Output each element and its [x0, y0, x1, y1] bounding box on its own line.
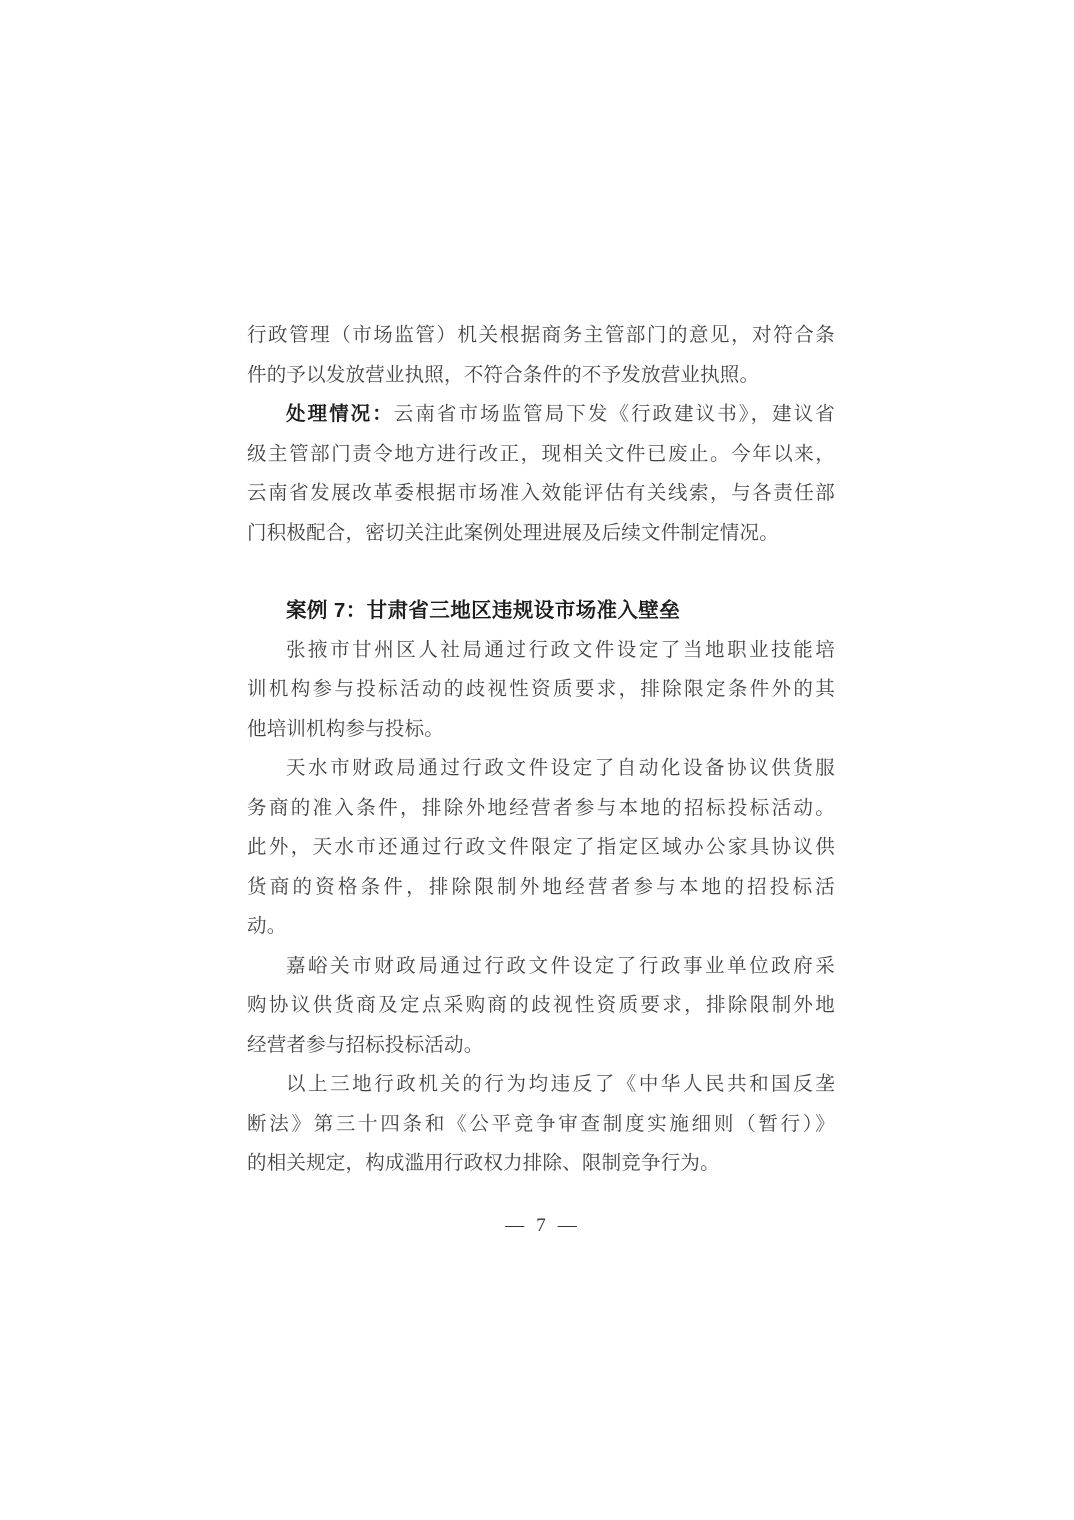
body-line: 嘉峪关市财政局通过行政文件设定了行政事业单位政府采 — [247, 947, 835, 987]
body-line: 货商的资格条件，排除限制外地经营者参与本地的招投标活 — [247, 868, 835, 908]
page-footer: —7— — [247, 1211, 835, 1241]
body-line: 此外，天水市还通过行政文件限定了指定区域办公家具协议供 — [247, 828, 835, 868]
footer-dash-right: — — [558, 1215, 577, 1236]
body-line: 断法》第三十四条和《公平竞争审查制度实施细则（暂行）》 — [247, 1105, 835, 1145]
body-line: 务商的准入条件，排除外地经营者参与本地的招标投标活动。 — [247, 789, 835, 829]
body-line-text: 云南省市场监管局下发《行政建议书》，建议省 — [394, 404, 835, 425]
document-page: 行政管理（市场监管）机关根据商务主管部门的意见，对符合条 件的予以发放营业执照，… — [0, 0, 1074, 1520]
body-line: 行政管理（市场监管）机关根据商务主管部门的意见，对符合条 — [247, 316, 835, 356]
body-line: 件的予以发放营业执照，不符合条件的不予发放营业执照。 — [247, 356, 835, 396]
body-line: 天水市财政局通过行政文件设定了自动化设备协议供货服 — [247, 749, 835, 789]
body-line: 级主管部门责令地方进行改正，现相关文件已废止。今年以来， — [247, 435, 835, 475]
document-body: 行政管理（市场监管）机关根据商务主管部门的意见，对符合条 件的予以发放营业执照，… — [247, 316, 835, 1184]
body-line: 他培训机构参与投标。 — [247, 710, 835, 750]
body-line: 处理情况：云南省市场监管局下发《行政建议书》，建议省 — [247, 395, 835, 435]
page-number: 7 — [536, 1215, 546, 1236]
body-line: 云南省发展改革委根据市场准入效能评估有关线索，与各责任部 — [247, 474, 835, 514]
body-line: 以上三地行政机关的行为均违反了《中华人民共和国反垄 — [247, 1065, 835, 1105]
footer-dash-left: — — [505, 1215, 524, 1236]
body-line: 经营者参与招标投标活动。 — [247, 1026, 835, 1066]
body-line: 的相关规定，构成滥用行政权力排除、限制竞争行为。 — [247, 1144, 835, 1184]
handling-status-label: 处理情况： — [286, 403, 394, 425]
body-line: 动。 — [247, 907, 835, 947]
body-line: 购协议供货商及定点采购商的歧视性资质要求，排除限制外地 — [247, 986, 835, 1026]
body-line: 张掖市甘州区人社局通过行政文件设定了当地职业技能培 — [247, 631, 835, 671]
body-line: 门积极配合，密切关注此案例处理进展及后续文件制定情况。 — [247, 514, 835, 554]
body-line: 训机构参与投标活动的歧视性资质要求，排除限定条件外的其 — [247, 670, 835, 710]
case-7-heading: 案例 7：甘肃省三地区违规设市场准入壁垒 — [247, 591, 835, 631]
